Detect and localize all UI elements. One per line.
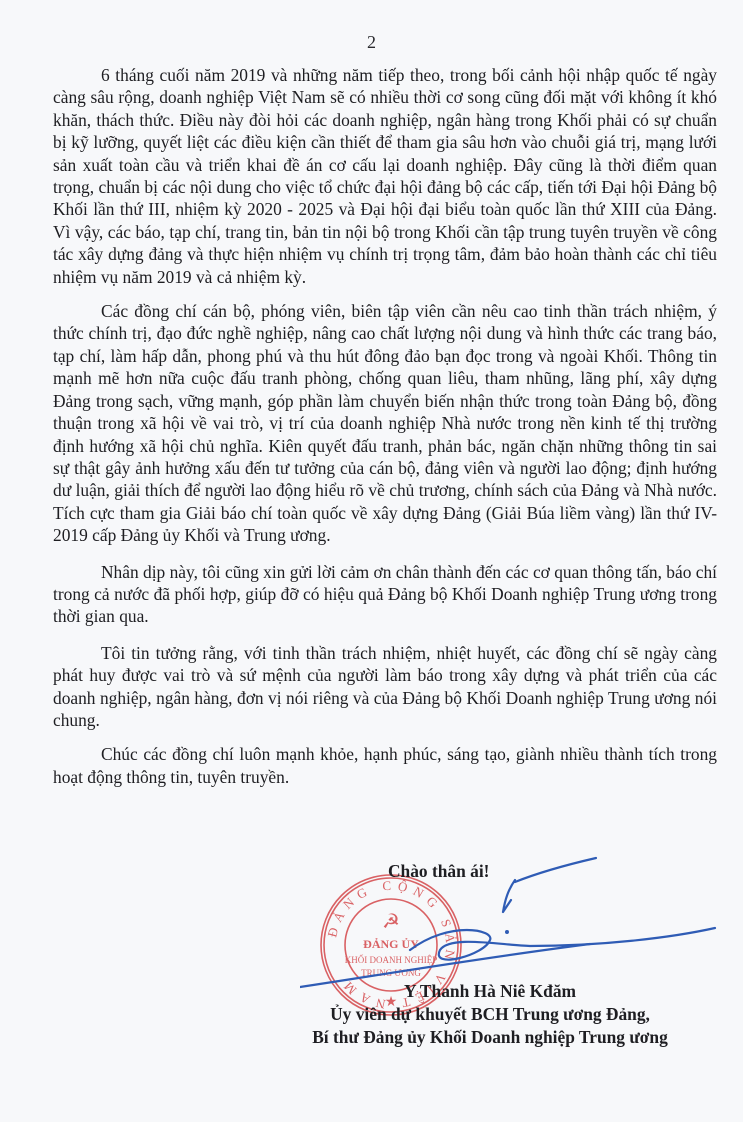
paragraph-2: Các đồng chí cán bộ, phóng viên, biên tậ…	[53, 300, 717, 546]
page-number: 2	[0, 32, 743, 53]
paragraph-1: 6 tháng cuối năm 2019 và những năm tiếp …	[53, 64, 717, 288]
signer-name: Y Thanh Hà Niê Kđăm	[270, 980, 710, 1003]
handwritten-signature	[300, 850, 720, 1000]
document-page: 2 6 tháng cuối năm 2019 và những năm tiế…	[0, 0, 743, 1122]
paragraph-3: Nhân dịp này, tôi cũng xin gửi lời cảm ơ…	[53, 561, 717, 628]
paragraph-4: Tôi tin tưởng rằng, với tinh thần trách …	[53, 642, 717, 732]
paragraph-5: Chúc các đồng chí luôn mạnh khỏe, hạnh p…	[53, 743, 717, 788]
signer-block: Y Thanh Hà Niê Kđăm Ủy viên dự khuyết BC…	[270, 980, 710, 1049]
signer-title-2: Bí thư Đảng ủy Khối Doanh nghiệp Trung ư…	[270, 1026, 710, 1049]
letter-body: 6 tháng cuối năm 2019 và những năm tiếp …	[53, 64, 717, 797]
signer-title-1: Ủy viên dự khuyết BCH Trung ương Đảng,	[270, 1003, 710, 1026]
